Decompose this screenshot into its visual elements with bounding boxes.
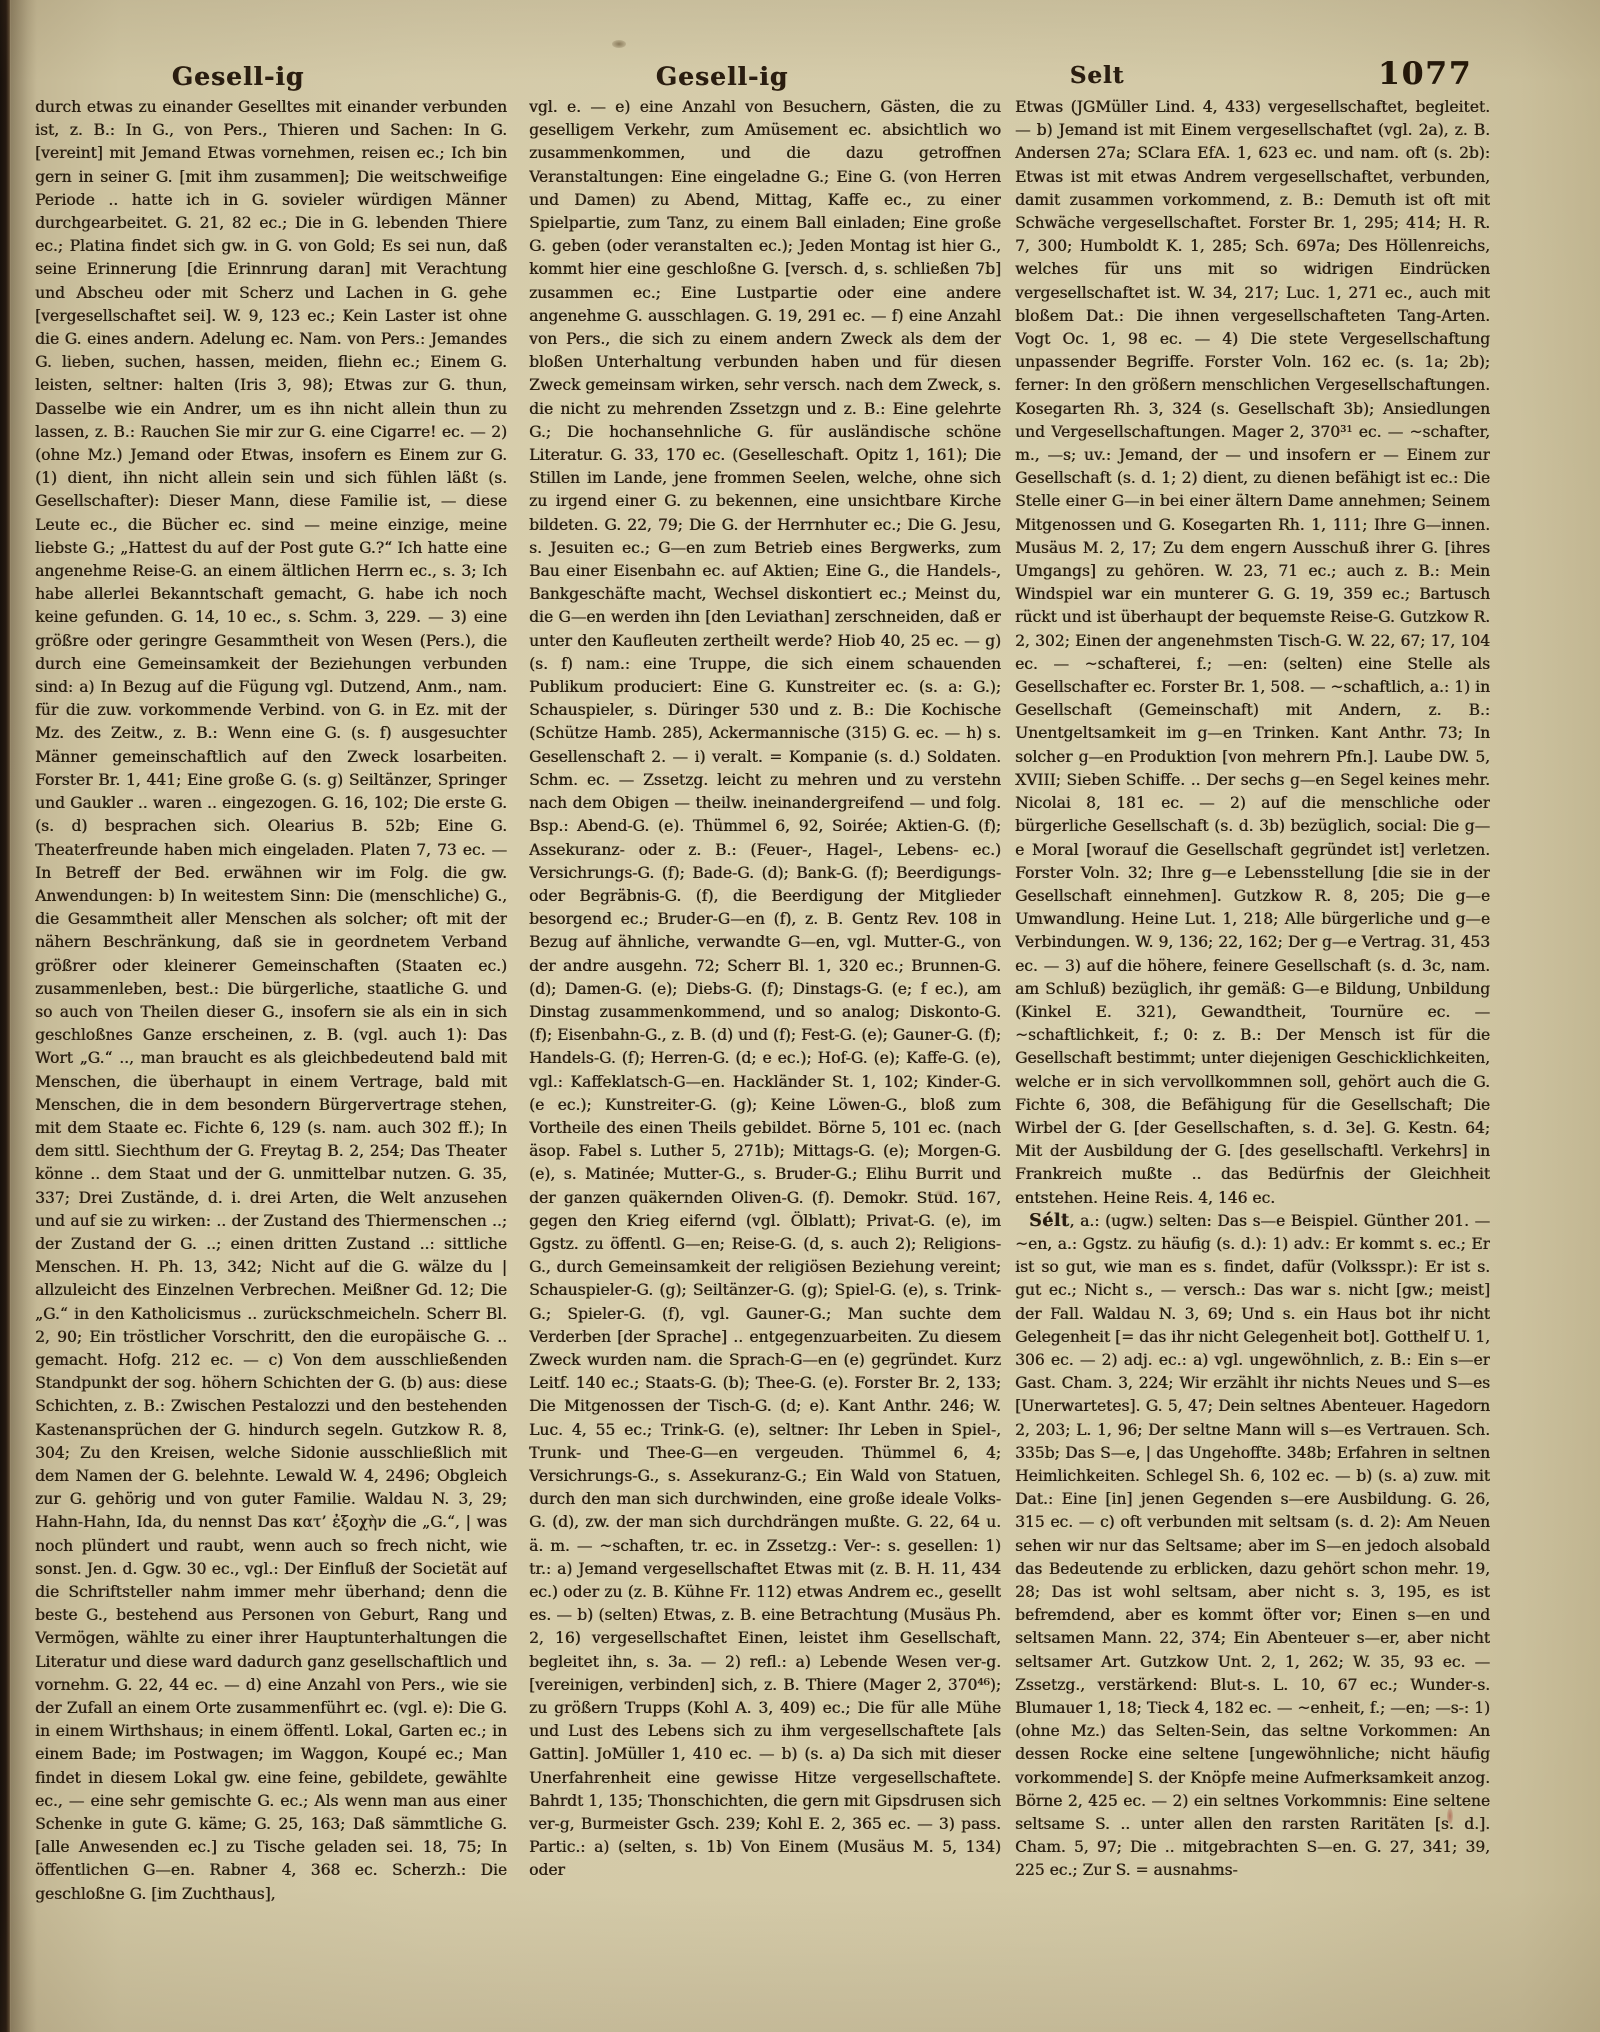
running-head-left: Gesell-ig [138,62,338,96]
book-edge [0,0,11,2032]
running-head-center: Gesell-ig [622,62,822,96]
book-edge-shadow [11,0,37,2032]
paragraph-gesellschaft-continuation: durch etwas zu einander Geselltes mit ei… [35,96,507,1906]
running-head-right: Selt [1017,62,1177,96]
text-column-1: durch etwas zu einander Geselltes mit ei… [35,96,507,1958]
page-number: 1077 [1378,56,1498,92]
entry-selt-body: , a.: (ugw.) selten: Das s—e Beispiel. G… [1015,1212,1490,1880]
paragraph-vergesellschaften: Etwas (JGMüller Lind. 4, 433) vergesells… [1015,96,1490,1210]
scanned-dictionary-page: Gesell-ig Gesell-ig Selt 1077 durch etwa… [0,0,1600,2032]
paper-speck [612,40,626,48]
text-column-2: vgl. e. — e) eine Anzahl von Besuchern, … [529,96,1001,1958]
text-column-3: Etwas (JGMüller Lind. 4, 433) vergesells… [1015,96,1490,1958]
paragraph-gesellschaft-compounds: vgl. e. — e) eine Anzahl von Besuchern, … [529,96,1001,1883]
entry-selt: Sélt, a.: (ugw.) selten: Das s—e Beispie… [1015,1210,1490,1883]
headword-selt: Sélt [1029,1211,1070,1231]
